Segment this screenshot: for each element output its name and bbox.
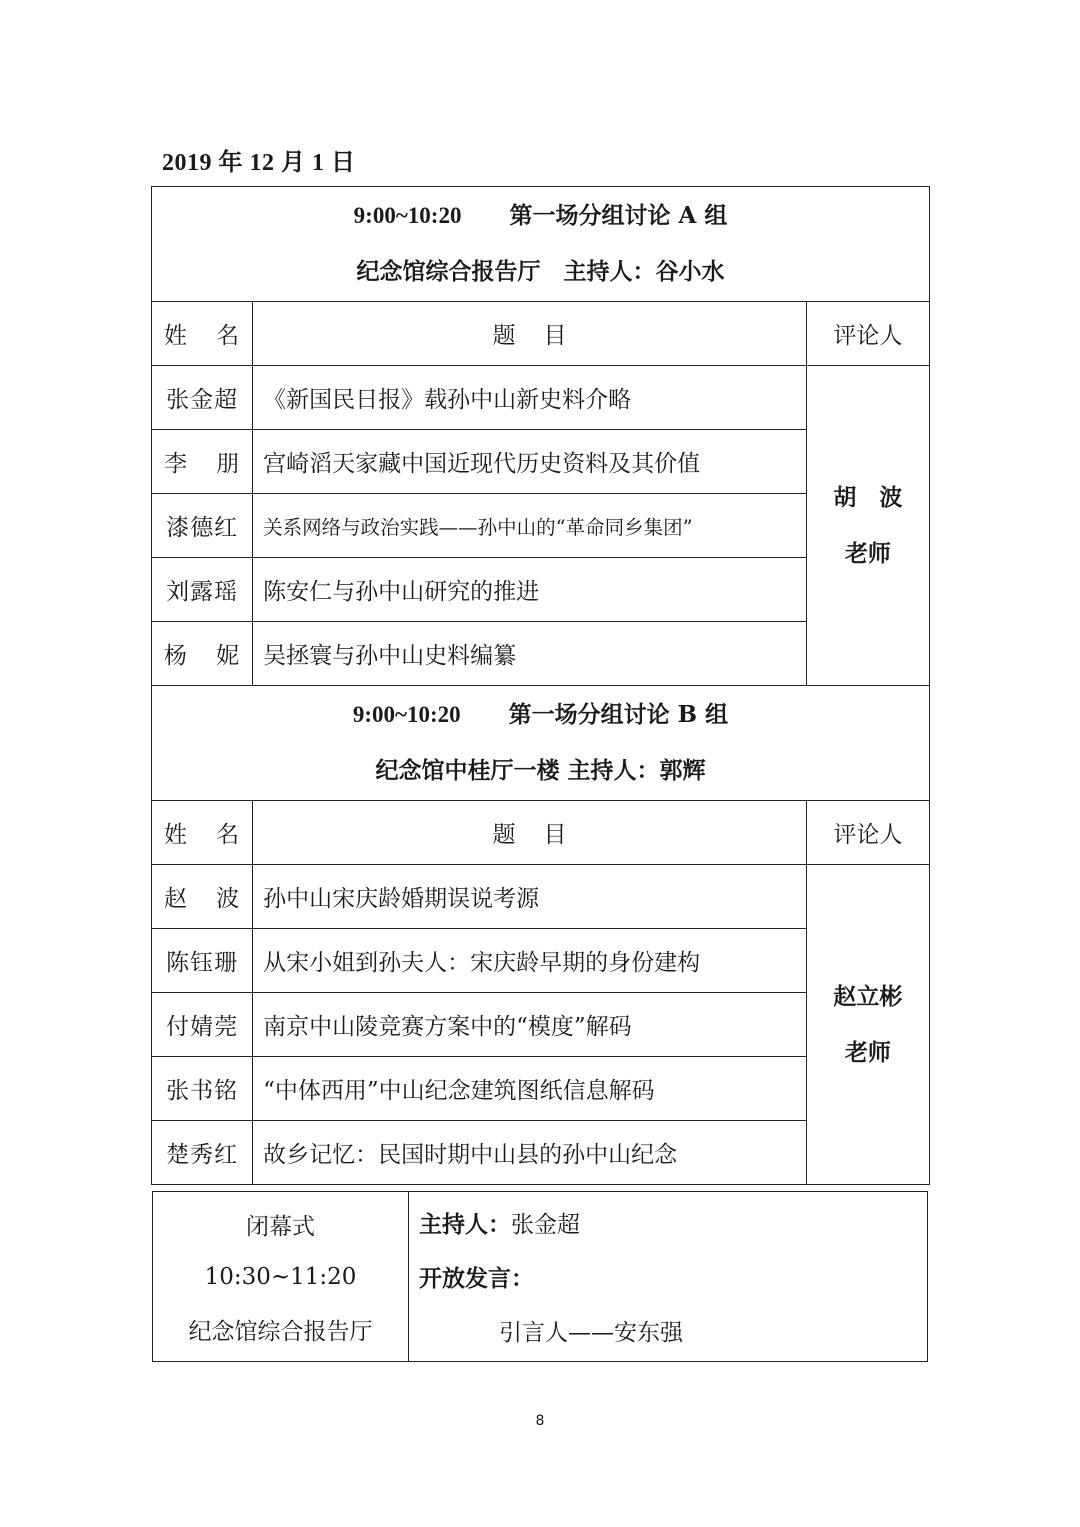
header-topic: 题目: [253, 302, 807, 366]
reviewer-name: 赵立彬: [807, 969, 929, 1025]
reviewer-cell: 胡 波 老师: [806, 366, 929, 686]
reviewer-title: 老师: [807, 526, 929, 582]
paper-topic: 陈安仁与孙中山研究的推进: [253, 558, 807, 622]
presenter-name: 刘露瑶: [152, 558, 253, 622]
paper-topic: 故乡记忆：民国时期中山县的孙中山纪念: [253, 1121, 807, 1185]
session-a-header: 9:00~10:20第一场分组讨论 A 组 纪念馆综合报告厅 主持人：谷小水: [152, 187, 930, 302]
paper-topic: 关系网络与政治实践——孙中山的“革命同乡集团”: [253, 494, 807, 558]
page-number: 8: [0, 1413, 1080, 1429]
paper-topic: 从宋小姐到孙夫人：宋庆龄早期的身份建构: [253, 929, 807, 993]
host-label: 主持人：: [419, 1211, 511, 1238]
closing-venue: 纪念馆综合报告厅: [153, 1313, 408, 1346]
reviewer-name: 胡 波: [807, 470, 929, 526]
presenter-name: 楚秀红: [152, 1121, 253, 1185]
closing-info: 闭幕式 10:30~11:20 纪念馆综合报告厅: [153, 1192, 409, 1361]
paper-topic: 南京中山陵竞赛方案中的“模度”解码: [253, 993, 807, 1057]
speaker: 引言人——安东强: [419, 1314, 927, 1347]
table-row: 赵波 孙中山宋庆龄婚期误说考源 赵立彬 老师: [152, 865, 930, 929]
closing-time: 10:30~11:20: [153, 1264, 408, 1290]
presenter-name: 付婧莞: [152, 993, 253, 1057]
schedule-table: 9:00~10:20第一场分组讨论 A 组 纪念馆综合报告厅 主持人：谷小水 姓…: [151, 186, 930, 1185]
session-time: 9:00~10:20: [353, 702, 461, 727]
presenter-name: 漆德红: [152, 494, 253, 558]
session-venue-host: 纪念馆中桂厅一楼 主持人：郭辉: [152, 743, 929, 799]
reviewer-title: 老师: [807, 1025, 929, 1081]
presenter-name: 陈钰珊: [152, 929, 253, 993]
header-name: 姓名: [152, 302, 253, 366]
paper-topic: 《新国民日报》载孙中山新史料介略: [253, 366, 807, 430]
session-title: 第一场分组讨论 A 组: [509, 202, 727, 229]
closing-name: 闭幕式: [153, 1208, 408, 1241]
header-topic: 题目: [253, 801, 807, 865]
paper-topic: 宫崎滔天家藏中国近现代历史资料及其价值: [253, 430, 807, 494]
presenter-name: 杨妮: [152, 622, 253, 686]
host-name: 张金超: [511, 1212, 580, 1238]
header-reviewer: 评论人: [806, 302, 929, 366]
closing-ceremony-box: 闭幕式 10:30~11:20 纪念馆综合报告厅 主持人：张金超 开放发言： 引…: [152, 1191, 928, 1362]
table-row: 张金超 《新国民日报》载孙中山新史料介略 胡 波 老师: [152, 366, 930, 430]
closing-details: 主持人：张金超 开放发言： 引言人——安东强: [409, 1192, 927, 1361]
presenter-name: 赵波: [152, 865, 253, 929]
column-header-row: 姓名 题目 评论人: [152, 302, 930, 366]
presenter-name: 张金超: [152, 366, 253, 430]
paper-topic: “中体西用”中山纪念建筑图纸信息解码: [253, 1057, 807, 1121]
session-title: 第一场分组讨论 B 组: [509, 701, 728, 728]
column-header-row: 姓名 题目 评论人: [152, 801, 930, 865]
speech-label: 开放发言：: [419, 1260, 927, 1293]
session-venue-host: 纪念馆综合报告厅 主持人：谷小水: [152, 244, 929, 300]
paper-topic: 孙中山宋庆龄婚期误说考源: [253, 865, 807, 929]
header-reviewer: 评论人: [806, 801, 929, 865]
schedule-date: 2019 年 12 月 1 日: [162, 142, 356, 177]
presenter-name: 李朋: [152, 430, 253, 494]
reviewer-cell: 赵立彬 老师: [806, 865, 929, 1185]
presenter-name: 张书铭: [152, 1057, 253, 1121]
paper-topic: 吴拯寰与孙中山史料编纂: [253, 622, 807, 686]
closing-host-line: 主持人：张金超: [419, 1206, 927, 1239]
session-time: 9:00~10:20: [354, 203, 462, 228]
session-b-header: 9:00~10:20第一场分组讨论 B 组 纪念馆中桂厅一楼 主持人：郭辉: [152, 686, 930, 801]
header-name: 姓名: [152, 801, 253, 865]
